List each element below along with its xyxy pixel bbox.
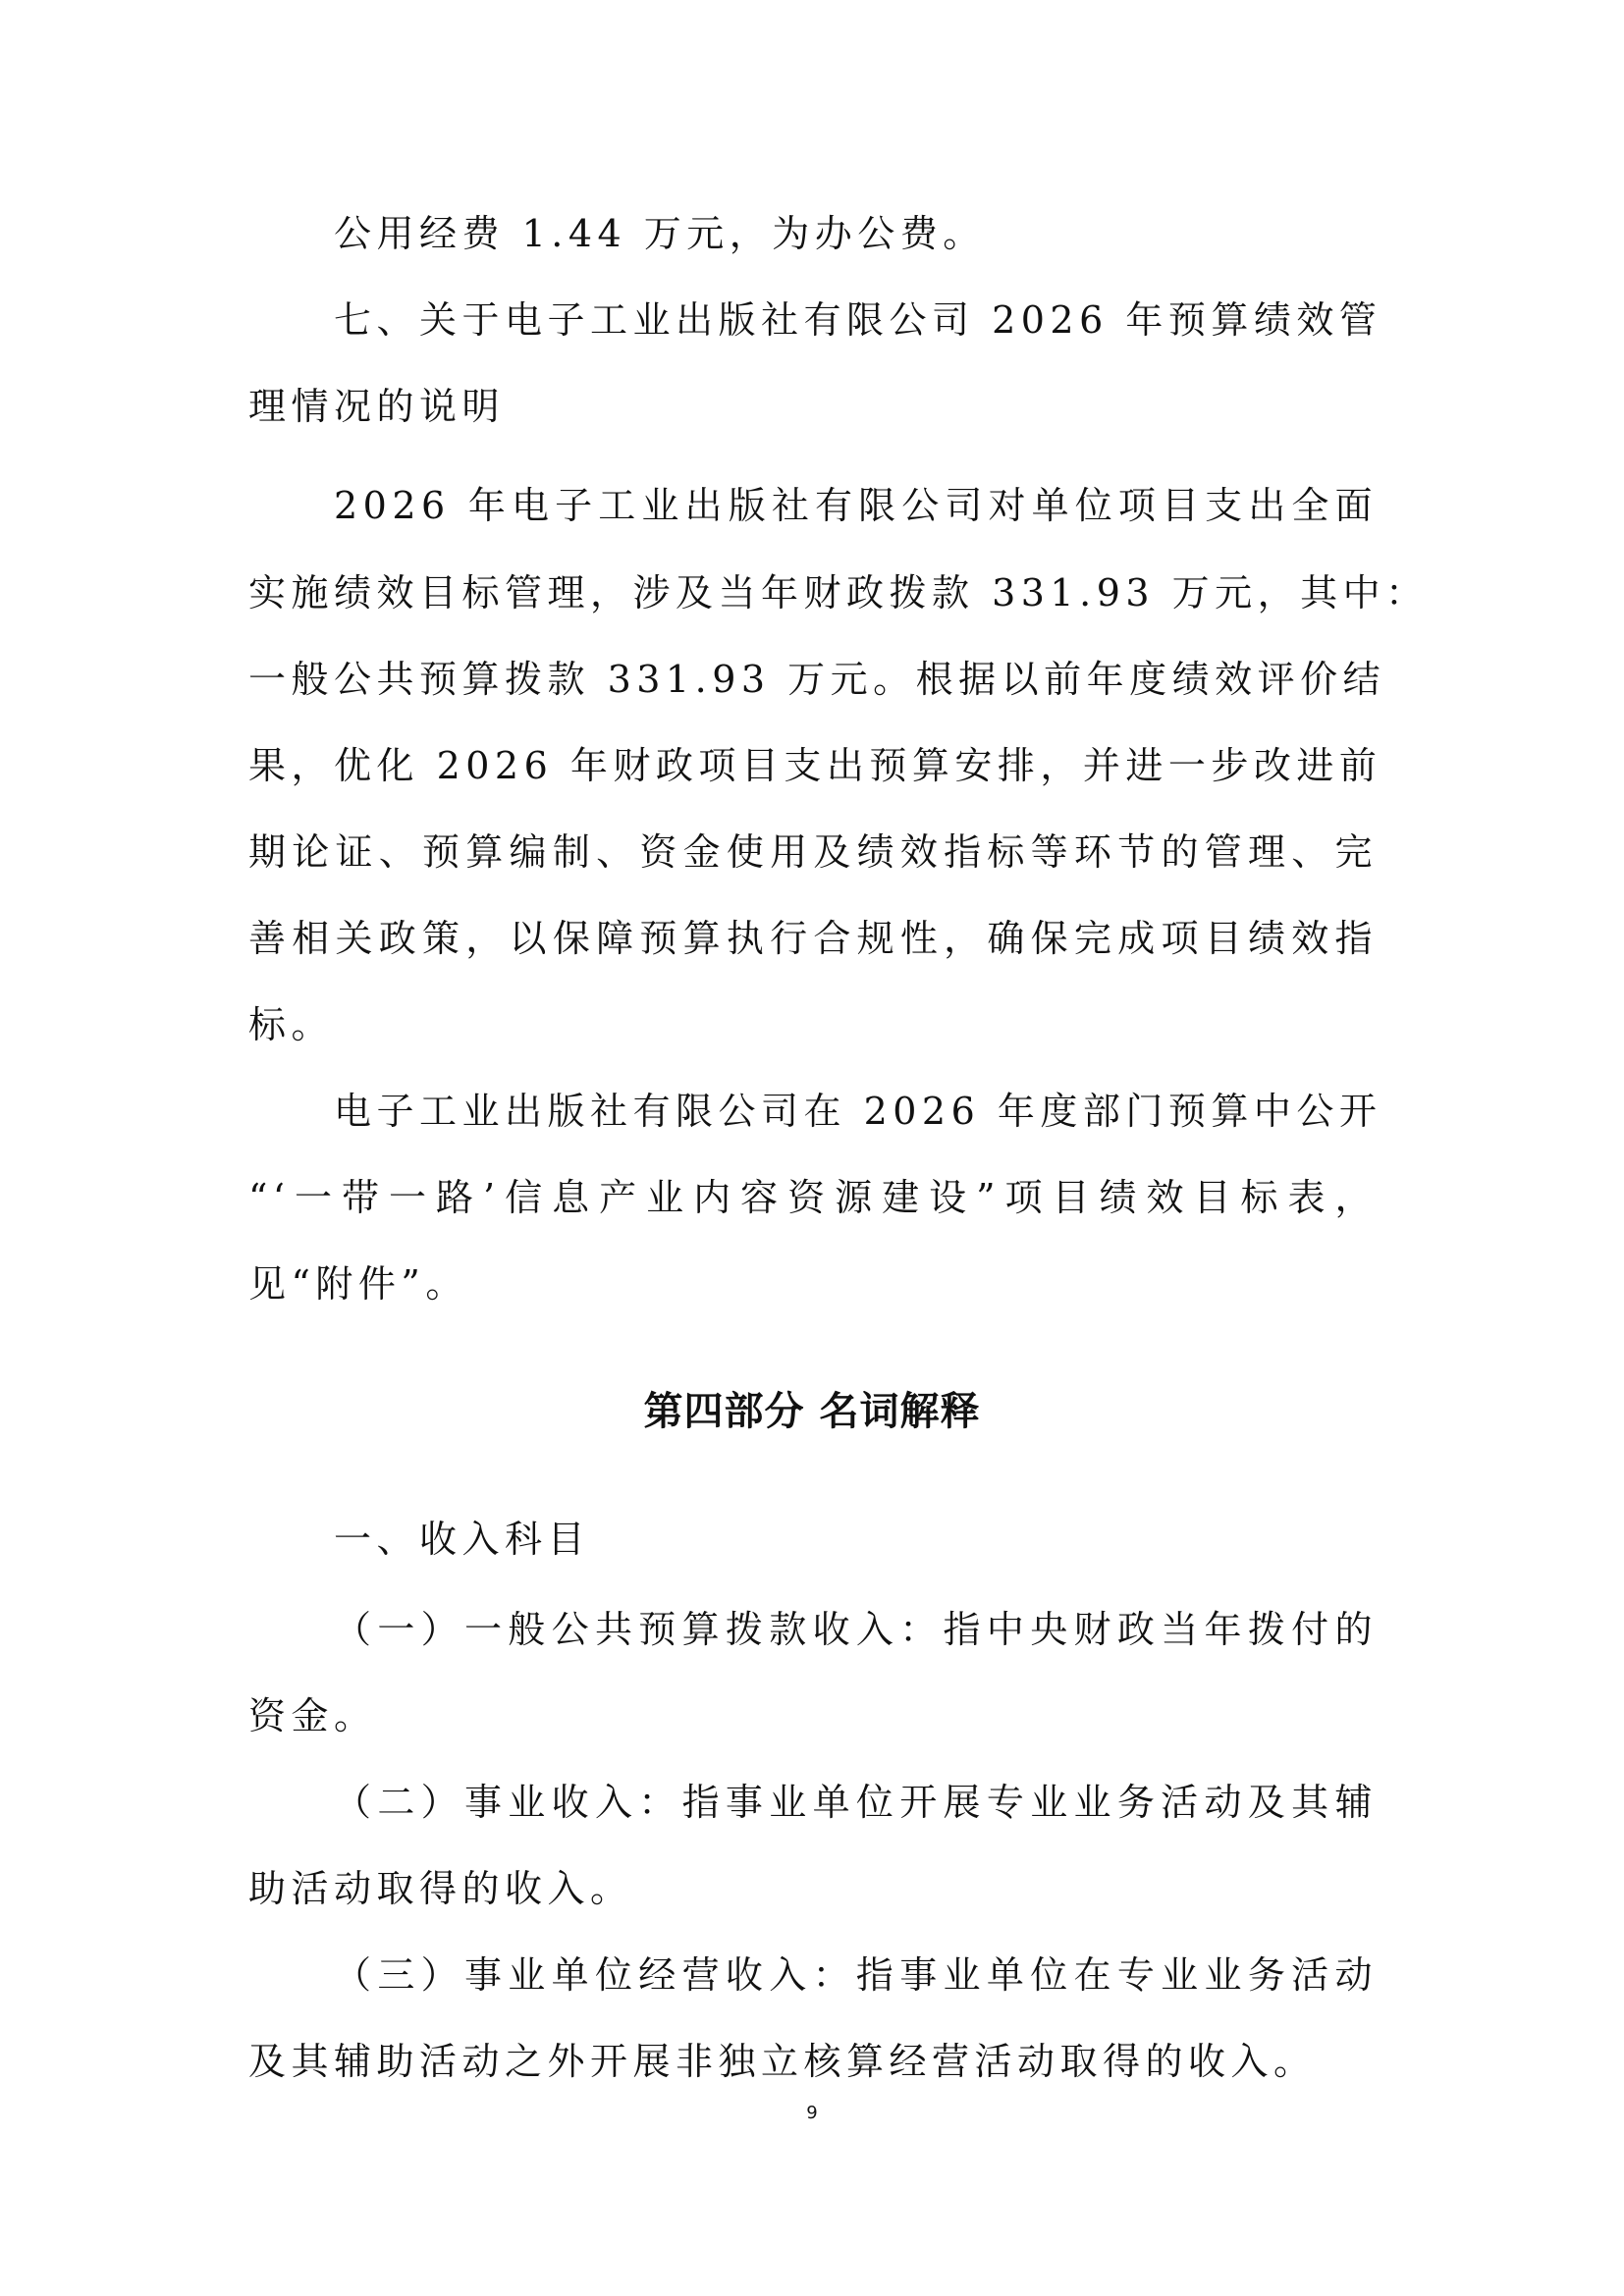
paragraph-line: 一般公共预算拨款 331.93 万元。根据以前年度绩效评价结 xyxy=(248,655,1378,704)
paragraph-line: “‘一带一路’信息产业内容资源建设”项目绩效目标表， xyxy=(248,1173,1378,1222)
definition-category-heading: 一、收入科目 xyxy=(334,1515,1378,1564)
paragraph-line: 标。 xyxy=(248,1000,1378,1049)
paragraph-line: 2026 年电子工业出版社有限公司对单位项目支出全面 xyxy=(334,481,1378,530)
subsection-heading-line: 七、关于电子工业出版社有限公司 2026 年预算绩效管 xyxy=(334,295,1378,345)
definition-line: （一）一般公共预算拨款收入：指中央财政当年拨付的 xyxy=(334,1605,1378,1654)
paragraph-line: 见“附件”。 xyxy=(248,1259,1378,1308)
section-heading: 第四部分 名词解释 xyxy=(0,1384,1624,1439)
paragraph-line: 电子工业出版社有限公司在 2026 年度部门预算中公开 xyxy=(334,1087,1378,1136)
paragraph-line: 善相关政策，以保障预算执行合规性，确保完成项目绩效指 xyxy=(248,914,1378,963)
definition-line: 助活动取得的收入。 xyxy=(248,1864,1378,1913)
paragraph-line: 期论证、预算编制、资金使用及绩效指标等环节的管理、完 xyxy=(248,828,1378,877)
document-page: 公用经费 1.44 万元，为办公费。 七、关于电子工业出版社有限公司 2026 … xyxy=(0,0,1624,2296)
paragraph-line: 实施绩效目标管理，涉及当年财政拨款 331.93 万元，其中： xyxy=(248,568,1378,617)
subsection-heading-line: 理情况的说明 xyxy=(248,382,1378,431)
paragraph-line: 果，优化 2026 年财政项目支出预算安排，并进一步改进前 xyxy=(248,741,1378,790)
definition-line: 资金。 xyxy=(248,1691,1378,1740)
page-number: 9 xyxy=(0,2103,1624,2123)
definition-line: （二）事业收入：指事业单位开展专业业务活动及其辅 xyxy=(334,1778,1378,1827)
definition-line: （三）事业单位经营收入：指事业单位在专业业务活动 xyxy=(334,1950,1378,2000)
definition-line: 及其辅助活动之外开展非独立核算经营活动取得的收入。 xyxy=(248,2037,1378,2086)
paragraph-line: 公用经费 1.44 万元，为办公费。 xyxy=(334,209,1378,258)
